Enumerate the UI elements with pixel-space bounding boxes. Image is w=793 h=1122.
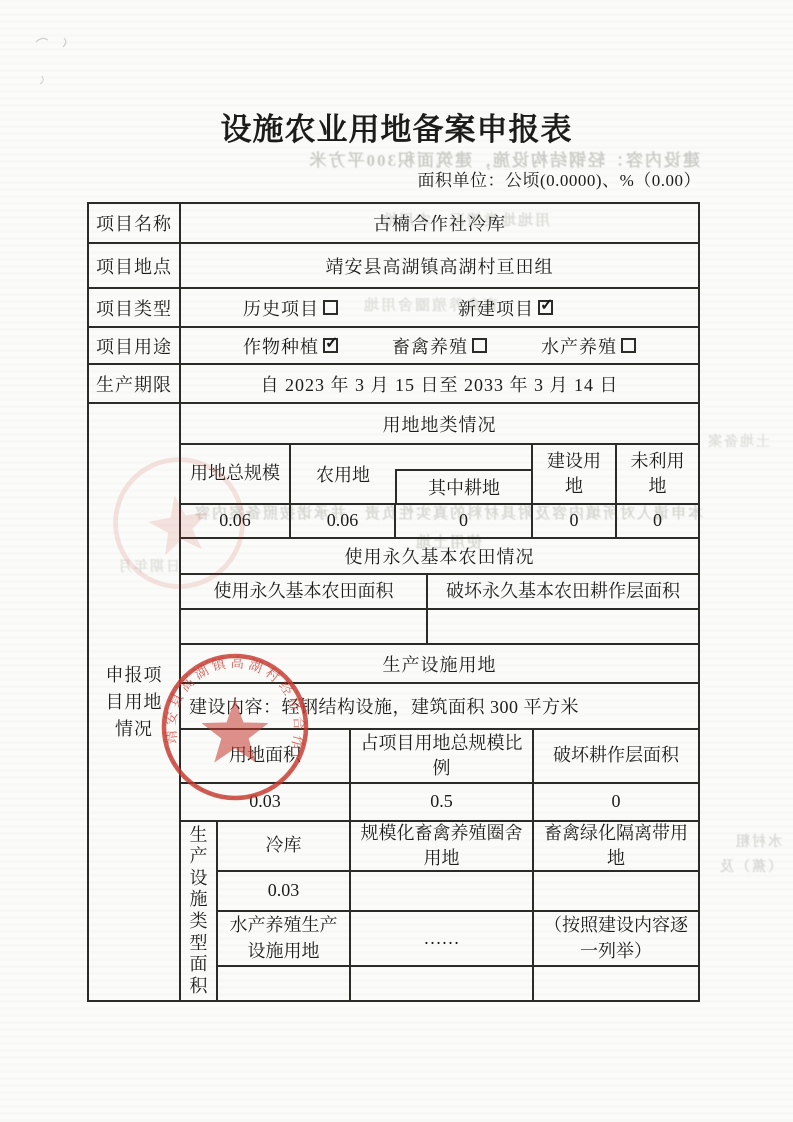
header-unused: 未利用地 [617, 445, 698, 503]
cell-green-buffer: 畜禽绿化隔离带用地 [534, 822, 698, 870]
table-row: 冷库 规模化畜禽养殖圈舍用地 畜禽绿化隔离带用地 [218, 822, 698, 872]
cell-empty [351, 967, 534, 1000]
cell-ellipsis: …… [351, 912, 534, 965]
header-farmland-used: 使用永久基本农田面积 [181, 575, 428, 608]
header-agricultural: 农用地 [291, 445, 395, 503]
value-agricultural: 0.06 [291, 505, 396, 537]
cell-livestock-pens: 规模化畜禽养殖圈舍用地 [351, 822, 534, 870]
area-unit-note: 面积单位：公顷(0.0000)、%（0.00） [418, 166, 701, 191]
cell-empty [534, 872, 698, 910]
table-row [218, 967, 698, 1000]
value-facility-damaged: 0 [534, 784, 698, 820]
basic-farmland-values-row [181, 610, 698, 645]
option-label: 畜禽养殖 [392, 333, 468, 359]
application-land-section: 申报项目用地情况 用地地类情况 用地总规模 农用地 其中耕地 建设用地 未利用地… [89, 404, 698, 1000]
project-name-value: 古楠合作社冷库 [181, 204, 698, 242]
cell-empty [351, 872, 534, 910]
value-farmland-damaged [428, 610, 698, 643]
option-livestock: 畜禽养殖 [392, 333, 487, 359]
cell-cold-storage: 冷库 [218, 822, 351, 870]
header-total-scale: 用地总规模 [181, 445, 291, 503]
cell-cold-storage-area: 0.03 [218, 872, 351, 910]
option-label: 新建项目 [458, 295, 534, 321]
value-unused: 0 [617, 505, 698, 537]
project-type-options: 历史项目 新建项目 ✓ [181, 289, 698, 326]
header-facility-ratio: 占项目用地总规模比例 [351, 730, 534, 782]
production-period-value: 自 2023 年 3 月 15 日至 2033 年 3 月 14 日 [181, 365, 698, 402]
option-history-project: 历史项目 [243, 295, 338, 321]
land-class-title: 用地地类情况 [181, 404, 698, 445]
option-aquaculture: 水产养殖 [541, 333, 636, 359]
land-class-header-row: 用地总规模 农用地 其中耕地 建设用地 未利用地 [181, 445, 698, 505]
field-label: 项目用途 [89, 328, 181, 363]
header-facility-area: 用地面积 [181, 730, 351, 782]
field-label: 项目地点 [89, 244, 181, 287]
project-location-value: 靖安县高湖镇高湖村亘田组 [181, 244, 698, 287]
section-body: 用地地类情况 用地总规模 农用地 其中耕地 建设用地 未利用地 0.06 0.0… [181, 404, 698, 1000]
basic-farmland-title: 使用永久基本农田情况 [181, 539, 698, 575]
construction-content: 建设内容：轻钢结构设施，建筑面积 300 平方米 [181, 684, 698, 730]
facility-type-label: 生产设施类型面积 [181, 822, 218, 1000]
checkbox-unchecked [323, 300, 338, 315]
option-new-project: 新建项目 ✓ [458, 295, 553, 321]
value-facility-area: 0.03 [181, 784, 351, 820]
cell-aquaculture-facility: 水产养殖生产设施用地 [218, 912, 351, 965]
field-label: 项目名称 [89, 204, 181, 242]
facility-values-row: 0.03 0.5 0 [181, 784, 698, 822]
cell-list-note: （按照建设内容逐一列举） [534, 912, 698, 965]
header-cultivated: 其中耕地 [395, 469, 531, 503]
option-label: 作物种植 [243, 333, 319, 359]
header-farmland-damaged: 破坏永久基本农田耕作层面积 [428, 575, 698, 608]
header-agricultural-composite: 农用地 其中耕地 [291, 445, 533, 503]
table-row: 水产养殖生产设施用地 …… （按照建设内容逐一列举） [218, 912, 698, 967]
option-label: 历史项目 [243, 295, 319, 321]
field-label: 生产期限 [89, 365, 181, 402]
value-facility-ratio: 0.5 [351, 784, 534, 820]
scan-artifact-mark [24, 28, 114, 98]
basic-farmland-header-row: 使用永久基本农田面积 破坏永久基本农田耕作层面积 [181, 575, 698, 610]
facility-type-label-text: 生产设施类型面积 [189, 825, 208, 998]
table-row: 项目名称 古楠合作社冷库 [89, 204, 698, 244]
value-farmland-used [181, 610, 428, 643]
scanned-form-page: 建设内容：轻钢结构设施，建筑面积300平方米 用地地类情况 农用地 畜禽养殖圈舍… [0, 0, 793, 1122]
table-row: 项目用途 作物种植 ✓ 畜禽养殖 水产养殖 [89, 328, 698, 365]
section-label-text: 申报项目用地情况 [97, 662, 171, 743]
value-total-scale: 0.06 [181, 505, 291, 537]
checkbox-unchecked [621, 338, 636, 353]
facility-type-table: 冷库 规模化畜禽养殖圈舍用地 畜禽绿化隔离带用地 0.03 水产养殖生产设施用地… [218, 822, 698, 1000]
table-row: 0.03 [218, 872, 698, 912]
project-use-options: 作物种植 ✓ 畜禽养殖 水产养殖 [181, 328, 698, 363]
land-class-values-row: 0.06 0.06 0 0 0 [181, 505, 698, 539]
table-row: 生产期限 自 2023 年 3 月 15 日至 2033 年 3 月 14 日 [89, 365, 698, 404]
field-label: 项目类型 [89, 289, 181, 326]
option-crop-planting: 作物种植 ✓ [243, 333, 338, 359]
value-cultivated: 0 [396, 505, 533, 537]
cell-empty [218, 967, 351, 1000]
checkbox-unchecked [472, 338, 487, 353]
value-construction: 0 [533, 505, 617, 537]
checkbox-checked: ✓ [538, 300, 553, 315]
cell-empty [534, 967, 698, 1000]
bleed-through-text: 土地备案 [706, 430, 770, 455]
checkbox-checked: ✓ [323, 338, 338, 353]
header-construction: 建设用地 [533, 445, 617, 503]
header-facility-damaged: 破坏耕作层面积 [534, 730, 698, 782]
table-row: 项目地点 靖安县高湖镇高湖村亘田组 [89, 244, 698, 289]
application-form-table: 项目名称 古楠合作社冷库 项目地点 靖安县高湖镇高湖村亘田组 项目类型 历史项目… [87, 202, 700, 1002]
production-facility-title: 生产设施用地 [181, 645, 698, 684]
facility-header-row: 用地面积 占项目用地总规模比例 破坏耕作层面积 [181, 730, 698, 784]
table-row: 项目类型 历史项目 新建项目 ✓ [89, 289, 698, 328]
bleed-through-text: 水村粗（蕉）及 [704, 830, 782, 880]
facility-type-block: 生产设施类型面积 冷库 规模化畜禽养殖圈舍用地 畜禽绿化隔离带用地 0.03 [181, 822, 698, 1000]
page-title: 设施农业用地备案申报表 [0, 104, 793, 149]
option-label: 水产养殖 [541, 333, 617, 359]
section-label: 申报项目用地情况 [89, 404, 181, 1000]
